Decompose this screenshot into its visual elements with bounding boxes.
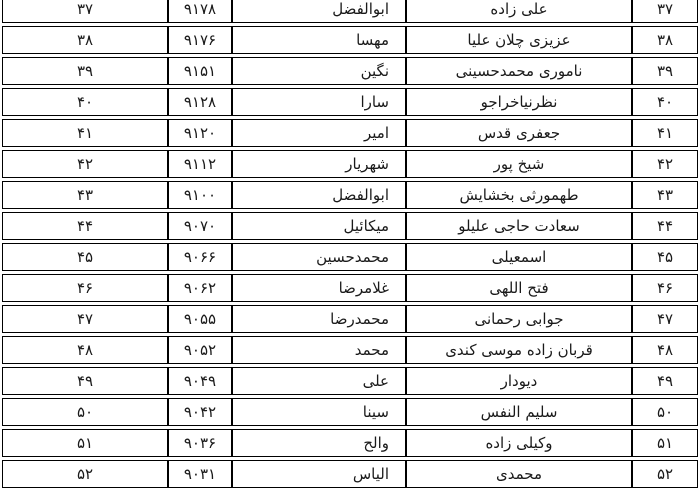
table-row: ۴۴سعادت حاجی علیلومیکائیل۹۰۷۰۴۴ <box>2 212 698 240</box>
rank-cell-left: ۴۹ <box>2 367 168 395</box>
family-name-cell: نظرنیاخراجو <box>406 88 632 116</box>
rank-cell-left: ۴۰ <box>2 88 168 116</box>
rank-cell-right: ۴۵ <box>632 243 698 271</box>
score-cell: ۹۰۳۱ <box>168 460 232 488</box>
score-cell: ۹۰۴۹ <box>168 367 232 395</box>
score-cell: ۹۰۵۲ <box>168 336 232 364</box>
family-name-cell: محمدی <box>406 460 632 488</box>
table-row: ۳۸عزیزی چلان علیامهسا۹۱۷۶۳۸ <box>2 26 698 54</box>
table-row: ۴۵اسمعیلیمحمدحسین۹۰۶۶۴۵ <box>2 243 698 271</box>
rank-cell-left: ۴۲ <box>2 150 168 178</box>
family-name-cell: جعفری قدس <box>406 119 632 147</box>
family-name-cell: شیخ پور <box>406 150 632 178</box>
rank-cell-left: ۳۸ <box>2 26 168 54</box>
first-name-cell: محمد <box>232 336 406 364</box>
score-cell: ۹۱۲۸ <box>168 88 232 116</box>
score-cell: ۹۱۰۰ <box>168 181 232 209</box>
rank-cell-left: ۳۷ <box>2 0 168 23</box>
ranking-table: ۳۷علی زادهابوالفضل۹۱۷۸۳۷۳۸عزیزی چلان علی… <box>2 0 698 491</box>
rank-cell-right: ۴۸ <box>632 336 698 364</box>
family-name-cell: طهمورثی بخشایش <box>406 181 632 209</box>
rank-cell-right: ۴۰ <box>632 88 698 116</box>
table-row: ۴۱جعفری قدسامیر۹۱۲۰۴۱ <box>2 119 698 147</box>
rank-cell-right: ۴۹ <box>632 367 698 395</box>
score-cell: ۹۰۶۲ <box>168 274 232 302</box>
rank-cell-left: ۴۳ <box>2 181 168 209</box>
score-cell: ۹۱۷۸ <box>168 0 232 23</box>
table-row: ۳۹ناموری محمدحسینینگین۹۱۵۱۳۹ <box>2 57 698 85</box>
table-row: ۴۲شیخ پورشهریار۹۱۱۲۴۲ <box>2 150 698 178</box>
first-name-cell: مهسا <box>232 26 406 54</box>
rank-cell-right: ۴۷ <box>632 305 698 333</box>
table-row: ۴۹دیودارعلی۹۰۴۹۴۹ <box>2 367 698 395</box>
score-cell: ۹۰۴۲ <box>168 398 232 426</box>
family-name-cell: اسمعیلی <box>406 243 632 271</box>
score-cell: ۹۰۵۵ <box>168 305 232 333</box>
first-name-cell: امیر <box>232 119 406 147</box>
rank-cell-left: ۴۷ <box>2 305 168 333</box>
score-cell: ۹۰۶۶ <box>168 243 232 271</box>
table-row: ۴۸قربان زاده موسی کندیمحمد۹۰۵۲۴۸ <box>2 336 698 364</box>
table-row: ۴۷جوابی رحمانیمحمدرضا۹۰۵۵۴۷ <box>2 305 698 333</box>
first-name-cell: محمدحسین <box>232 243 406 271</box>
family-name-cell: عزیزی چلان علیا <box>406 26 632 54</box>
rank-cell-left: ۵۱ <box>2 429 168 457</box>
table-row: ۵۰سلیم النفسسینا۹۰۴۲۵۰ <box>2 398 698 426</box>
rank-cell-left: ۳۹ <box>2 57 168 85</box>
first-name-cell: سارا <box>232 88 406 116</box>
rank-cell-right: ۵۰ <box>632 398 698 426</box>
rank-cell-left: ۴۱ <box>2 119 168 147</box>
table-row: ۵۲محمدیالیاس۹۰۳۱۵۲ <box>2 460 698 488</box>
first-name-cell: ابوالفضل <box>232 181 406 209</box>
family-name-cell: سلیم النفس <box>406 398 632 426</box>
first-name-cell: والح <box>232 429 406 457</box>
rank-cell-right: ۵۲ <box>632 460 698 488</box>
rank-cell-left: ۴۶ <box>2 274 168 302</box>
first-name-cell: نگین <box>232 57 406 85</box>
first-name-cell: علی <box>232 367 406 395</box>
table-row: ۴۶فتح اللهیغلامرضا۹۰۶۲۴۶ <box>2 274 698 302</box>
score-cell: ۹۰۷۰ <box>168 212 232 240</box>
family-name-cell: دیودار <box>406 367 632 395</box>
table-row: ۴۰نظرنیاخراجوسارا۹۱۲۸۴۰ <box>2 88 698 116</box>
first-name-cell: شهریار <box>232 150 406 178</box>
family-name-cell: سعادت حاجی علیلو <box>406 212 632 240</box>
rank-cell-right: ۳۹ <box>632 57 698 85</box>
rank-cell-right: ۴۲ <box>632 150 698 178</box>
rank-cell-left: ۵۲ <box>2 460 168 488</box>
rank-cell-left: ۵۰ <box>2 398 168 426</box>
family-name-cell: قربان زاده موسی کندی <box>406 336 632 364</box>
family-name-cell: علی زاده <box>406 0 632 23</box>
rank-cell-right: ۵۱ <box>632 429 698 457</box>
score-cell: ۹۱۲۰ <box>168 119 232 147</box>
ranking-table-body: ۳۷علی زادهابوالفضل۹۱۷۸۳۷۳۸عزیزی چلان علی… <box>2 0 698 488</box>
rank-cell-right: ۴۱ <box>632 119 698 147</box>
rank-cell-left: ۴۴ <box>2 212 168 240</box>
first-name-cell: ابوالفضل <box>232 0 406 23</box>
score-cell: ۹۱۷۶ <box>168 26 232 54</box>
score-cell: ۹۱۱۲ <box>168 150 232 178</box>
table-row: ۵۱وکیلی زادهوالح۹۰۳۶۵۱ <box>2 429 698 457</box>
rank-cell-right: ۴۴ <box>632 212 698 240</box>
family-name-cell: ناموری محمدحسینی <box>406 57 632 85</box>
document-page: ۳۷علی زادهابوالفضل۹۱۷۸۳۷۳۸عزیزی چلان علی… <box>0 0 698 498</box>
rank-cell-right: ۴۳ <box>632 181 698 209</box>
first-name-cell: محمدرضا <box>232 305 406 333</box>
rank-cell-right: ۳۷ <box>632 0 698 23</box>
score-cell: ۹۰۳۶ <box>168 429 232 457</box>
first-name-cell: سینا <box>232 398 406 426</box>
family-name-cell: وکیلی زاده <box>406 429 632 457</box>
rank-cell-left: ۴۵ <box>2 243 168 271</box>
table-row: ۴۳طهمورثی بخشایشابوالفضل۹۱۰۰۴۳ <box>2 181 698 209</box>
rank-cell-right: ۳۸ <box>632 26 698 54</box>
first-name-cell: غلامرضا <box>232 274 406 302</box>
family-name-cell: جوابی رحمانی <box>406 305 632 333</box>
first-name-cell: الیاس <box>232 460 406 488</box>
score-cell: ۹۱۵۱ <box>168 57 232 85</box>
table-row: ۳۷علی زادهابوالفضل۹۱۷۸۳۷ <box>2 0 698 23</box>
rank-cell-left: ۴۸ <box>2 336 168 364</box>
first-name-cell: میکائیل <box>232 212 406 240</box>
rank-cell-right: ۴۶ <box>632 274 698 302</box>
family-name-cell: فتح اللهی <box>406 274 632 302</box>
